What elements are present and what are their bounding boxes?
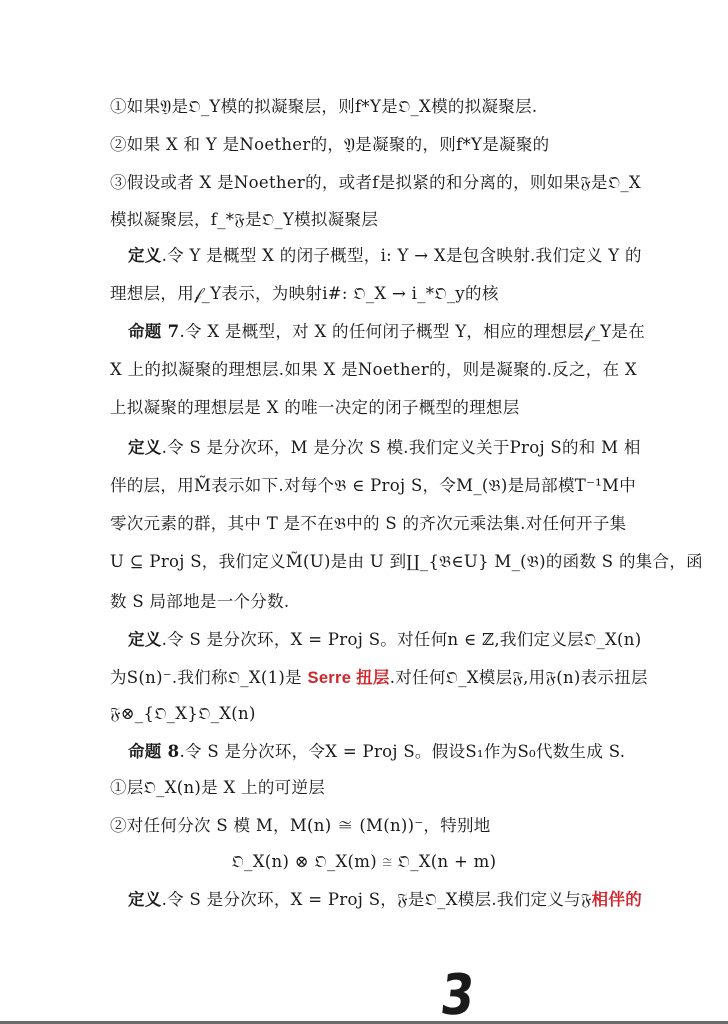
text-line: 理想层，用𝒻_Y表示，为映射i#: 𝔒_X → i_*𝔒_y的核 — [110, 282, 620, 306]
proposition-label: 命题 7 — [128, 322, 179, 341]
definition-paragraph: 定义.令 Y 是概型 X 的闭子概型，i: Y → X是包含映射.我们定义 Y … — [128, 244, 620, 268]
text-line: X 上的拟凝聚的理想层.如果 X 是Noether的，则是凝聚的.反之，在 X — [110, 358, 620, 382]
highlight-term: Serre 扭层 — [308, 669, 390, 687]
definition-label: 定义 — [128, 630, 162, 649]
definition-label: 定义 — [128, 890, 162, 909]
definition-label: 定义 — [128, 438, 162, 457]
text-span: .对任何𝔒_X模层𝔉,用𝔉(n)表示扭层 — [390, 668, 648, 687]
definition-paragraph: 定义.令 S 是分次环，X = Proj S，𝔉是𝔒_X模层.我们定义与𝔉相伴的 — [128, 888, 620, 912]
text-span: .令 S 是分次环，X = Proj S，𝔉是𝔒_X模层.我们定义与𝔉 — [162, 890, 592, 909]
text-span: .令 X 是概型，对 X 的任何闭子概型 Y，相应的理想层𝒻_Y是在 — [179, 322, 645, 341]
text-line: 数 S 局部地是一个分数. — [110, 590, 620, 614]
text-line: 上拟凝聚的理想层是 X 的唯一决定的闭子概型的理想层 — [110, 396, 620, 420]
text-line: ③假设或者 X 是Noether的，或者f是拟紧的和分离的，则如果𝔉是𝔒_X — [110, 171, 620, 195]
definition-label: 定义 — [128, 246, 162, 265]
page-number: 3 — [438, 968, 477, 1024]
text-line: 模拟凝聚层，f_*𝔉是𝔒_Y模拟凝聚层 — [110, 208, 620, 232]
text-span: .令 S 是分次环，M 是分次 S 模.我们定义关于Proj S的和 M 相 — [162, 438, 641, 457]
definition-paragraph: 定义.令 S 是分次环，X = Proj S。对任何n ∈ ℤ,我们定义层𝔒_X… — [128, 628, 620, 652]
text-line: 零次元素的群，其中 T 是不在𝔅中的 S 的齐次元乘法集.对任何开子集 — [110, 512, 620, 536]
document-page: ①如果𝔜是𝔒_Y模的拟凝聚层，则f*Y是𝔒_X模的拟凝聚层. ②如果 X 和 Y… — [0, 0, 728, 1024]
text-line: ①层𝔒_X(n)是 X 上的可逆层 — [110, 776, 620, 800]
text-line: 伴的层，用M̃表示如下.对每个𝔅 ∈ Proj S，令M_(𝔅)是局部模T⁻¹M… — [110, 474, 620, 498]
highlight-term: 相伴的 — [592, 891, 642, 909]
proposition-paragraph: 命题 7.令 X 是概型，对 X 的任何闭子概型 Y，相应的理想层𝒻_Y是在 — [128, 320, 620, 344]
text-line: 𝔉⊗_{𝔒_X}𝔒_X(n) — [110, 702, 620, 726]
text-line: U ⊆ Proj S，我们定义M̃(U)是由 U 到∐_{𝔅∈U} M_(𝔅)的… — [110, 550, 620, 574]
proposition-paragraph: 命题 8.令 S 是分次环，令X = Proj S。假设S₁作为S₀代数生成 S… — [128, 740, 620, 764]
text-span: .令 S 是分次环，X = Proj S。对任何n ∈ ℤ,我们定义层𝔒_X(n… — [162, 630, 642, 649]
text-span: 为S(n)⁻.我们称𝔒_X(1)是 — [110, 668, 308, 687]
text-span: .令 S 是分次环，令X = Proj S。假设S₁作为S₀代数生成 S. — [179, 742, 625, 761]
text-line: ①如果𝔜是𝔒_Y模的拟凝聚层，则f*Y是𝔒_X模的拟凝聚层. — [110, 95, 620, 119]
definition-paragraph: 定义.令 S 是分次环，M 是分次 S 模.我们定义关于Proj S的和 M 相 — [128, 436, 620, 460]
proposition-label: 命题 8 — [128, 742, 179, 761]
text-line: ②对任何分次 S 模 M，M(n) ≅ (M(n))⁻，特别地 — [110, 814, 620, 838]
text-line: ②如果 X 和 Y 是Noether的，𝔜是凝聚的，则f*Y是凝聚的 — [110, 133, 620, 157]
display-equation: 𝔒_X(n) ⊗ 𝔒_X(m) ≅ 𝔒_X(n + m) — [0, 850, 728, 874]
text-span: .令 Y 是概型 X 的闭子概型，i: Y → X是包含映射.我们定义 Y 的 — [162, 246, 642, 265]
text-line: 为S(n)⁻.我们称𝔒_X(1)是 Serre 扭层.对任何𝔒_X模层𝔉,用𝔉(… — [110, 666, 620, 690]
